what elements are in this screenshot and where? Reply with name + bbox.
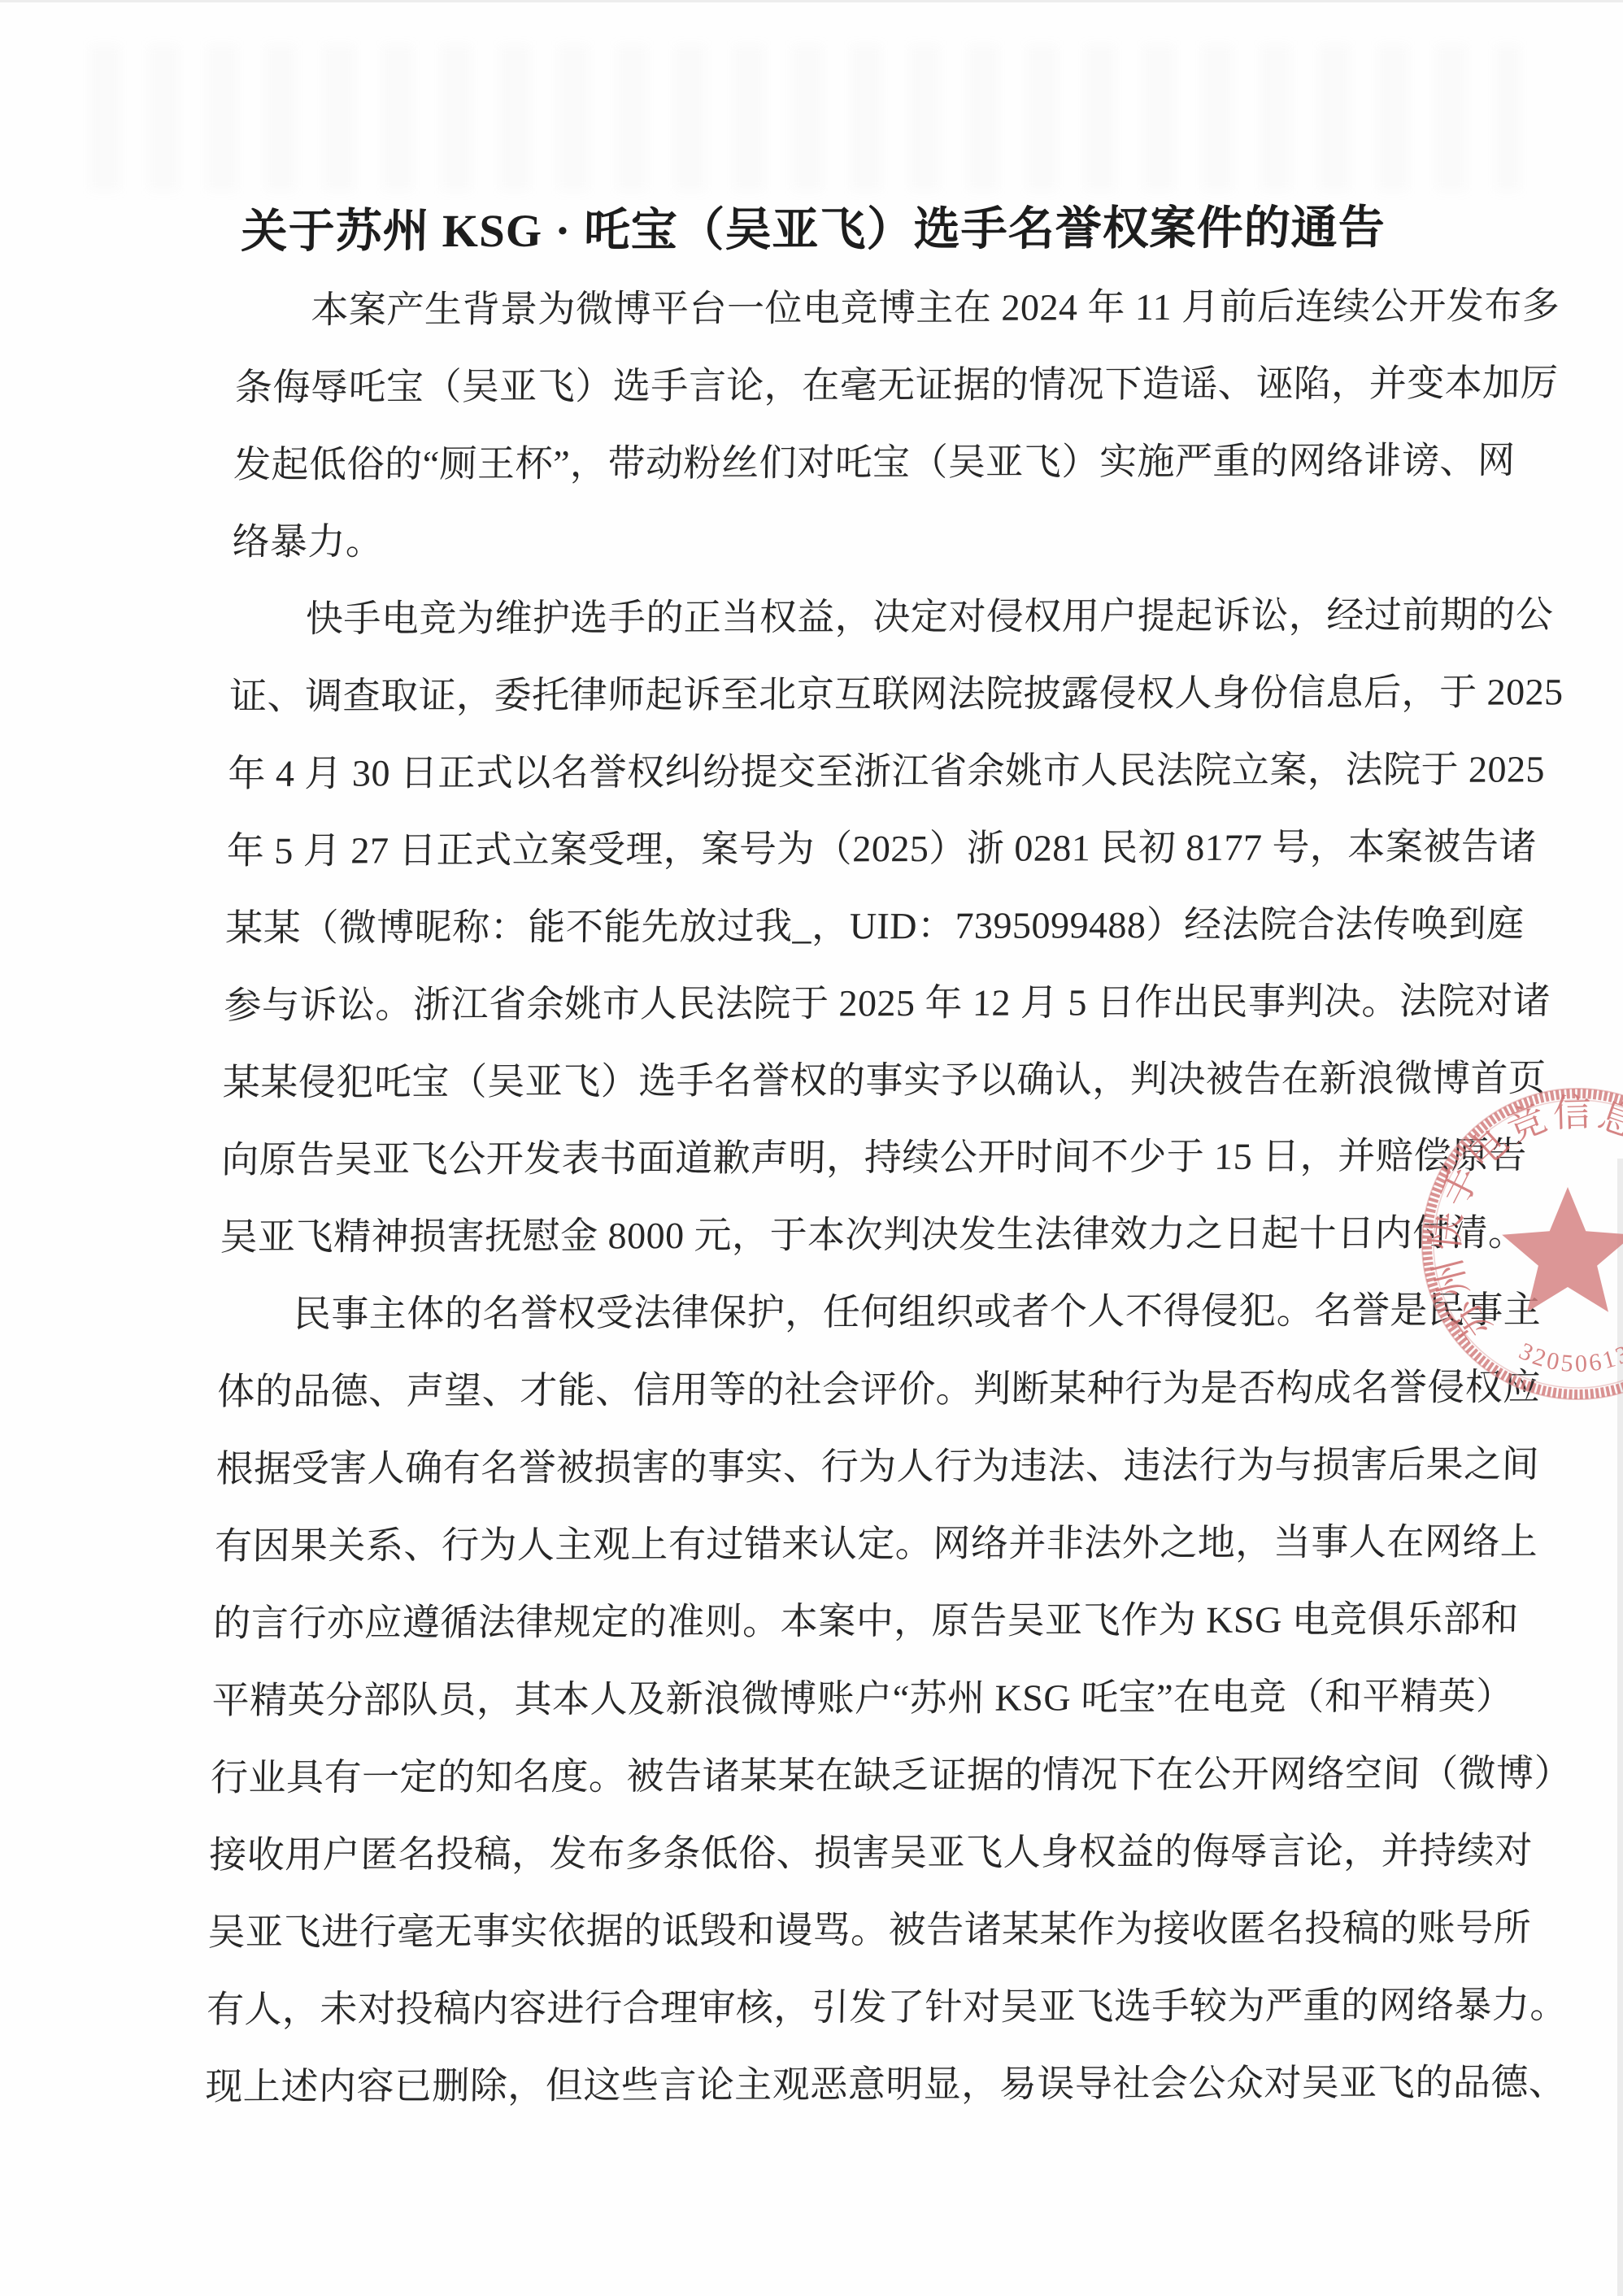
- seal-graphic: 苏州快手电竞信息科技 32050613: [1422, 1089, 1623, 1399]
- text-line: 证、调查取证，委托律师起诉至北京互联网法院披露侵权人身份信息后，于 2025: [228, 654, 1382, 735]
- text-line: 本案产生背景为微博平台一位电竞博主在 2024 年 11 月前后连续公开发布多: [236, 267, 1389, 349]
- text-line: 向原告吴亚飞公开发表书面道歉声明，持续公开时间不少于 15 日，并赔偿原告: [220, 1117, 1373, 1198]
- text-line: 的言行亦应遵循法律规定的准则。本案中，原告吴亚飞作为 KSG 电竞俱乐部和: [212, 1581, 1365, 1662]
- scan-edge-line: [0, 0, 1623, 2]
- text-line: 某某侵犯吒宝（吴亚飞）选手名誉权的事实予以确认，判决被告在新浪微博首页: [222, 1040, 1375, 1121]
- text-line: 参与诉讼。浙江省余姚市人民法院于 2025 年 12 月 5 日作出民事判决。法…: [224, 963, 1377, 1044]
- text-line: 发起低俗的“厕王杯”，带动粉丝们对吒宝（吴亚飞）实施严重的网络诽谤、网: [233, 422, 1386, 503]
- text-line: 有人，未对投稿内容进行合理审核，引发了针对吴亚飞选手较为严重的网络暴力。: [206, 1967, 1359, 2048]
- text-line: 吴亚飞进行毫无事实依据的诋毁和谩骂。被告诸某某作为接收匿名投稿的账号所: [207, 1889, 1360, 1971]
- scan-bleedthrough-noise: [89, 45, 1521, 191]
- text-line: 某某（微博昵称：能不能先放过我_，UID：7395099488）经法院合法传唤到…: [224, 885, 1377, 967]
- text-line: 平精英分部队员，其本人及新浪微博账户“苏州 KSG 吒宝”在电竞（和平精英）: [211, 1658, 1364, 1739]
- text-line: 年 4 月 30 日正式以名誉权纠纷提交至浙江省余姚市人民法院立案，法院于 20…: [228, 731, 1381, 812]
- text-line: 年 5 月 27 日正式立案受理，案号为（2025）浙 0281 民初 8177…: [226, 808, 1379, 889]
- text-line: 根据受害人确有名誉被损害的事实、行为人行为违法、违法行为与损害后果之间: [215, 1426, 1368, 1507]
- text-line: 现上述内容已删除，但这些言论主观恶意明显，易误导社会公众对吴亚飞的品德、: [205, 2044, 1358, 2125]
- page-title: 关于苏州 KSG · 吒宝（吴亚飞）选手名誉权案件的通告: [237, 189, 1390, 272]
- text-line: 条侮辱吒宝（吴亚飞）选手言论，在毫无证据的情况下造谣、诬陷，并变本加厉: [234, 345, 1387, 426]
- text-line: 行业具有一定的知名度。被告诸某某在缺乏证据的情况下在公开网络空间（微博）: [210, 1735, 1363, 1816]
- text-line: 接收用户匿名投稿，发布多条低俗、损害吴亚飞人身权益的侮辱言论，并持续对: [208, 1812, 1361, 1894]
- seal-company-name: 苏州快手电竞信息科技: [1425, 1092, 1623, 1347]
- text-line: 体的品德、声望、才能、信用等的社会评价。判断某种行为是否构成名誉侵权应: [216, 1349, 1369, 1430]
- document-body: 本案产生背景为微博平台一位电竞博主在 2024 年 11 月前后连续公开发布多条…: [205, 267, 1389, 2125]
- text-line: 络暴力。: [232, 499, 1385, 581]
- notice-document: 关于苏州 KSG · 吒宝（吴亚飞）选手名誉权案件的通告 本案产生背景为微博平台…: [205, 189, 1390, 2125]
- scanned-notice-page: 关于苏州 KSG · 吒宝（吴亚飞）选手名誉权案件的通告 本案产生背景为微博平台…: [0, 0, 1623, 2296]
- seal-registration-number: 32050613: [1515, 1337, 1623, 1377]
- text-line: 吴亚飞精神损害抚慰金 8000 元，于本次判决发生法律效力之日起十日内付清。: [220, 1194, 1373, 1276]
- text-line: 有因果关系、行为人主观上有过错来认定。网络并非法外之地，当事人在网络上: [214, 1503, 1367, 1585]
- official-seal: 苏州快手电竞信息科技 32050613: [1382, 1049, 1623, 1455]
- star-icon: [1502, 1187, 1623, 1312]
- text-line: 民事主体的名誉权受法律保护，任何组织或者个人不得侵犯。名誉是民事主: [218, 1272, 1371, 1353]
- text-line: 快手电竞为维护选手的正当权益，决定对侵权用户提起诉讼，经过前期的公: [230, 576, 1383, 658]
